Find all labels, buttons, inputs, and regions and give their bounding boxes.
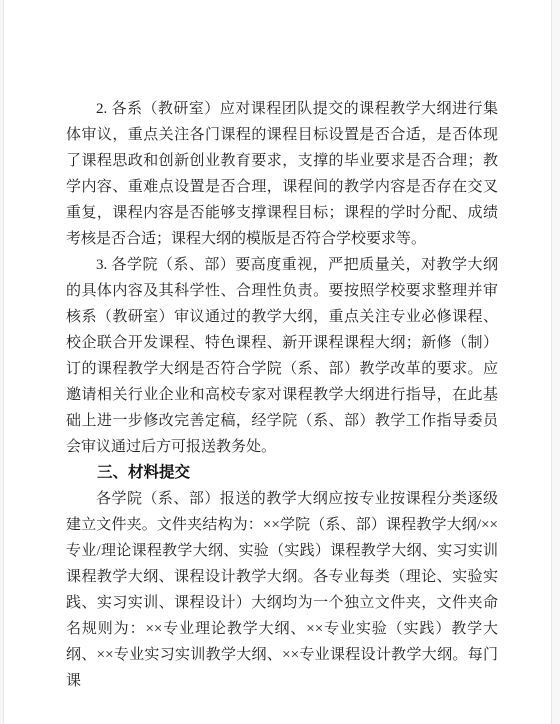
paragraph-material-submission-body: 各学院（系、部）报送的教学大纲应按专业按课程分类逐级建立文件夹。文件夹结构为：×… bbox=[66, 486, 498, 694]
section-heading-material-submission: 三、材料提交 bbox=[66, 460, 498, 486]
paragraph-item-3-quality: 3. 各学院（系、部）要高度重视，严把质量关，对教学大纲的具体内容及其科学性、合… bbox=[66, 252, 498, 460]
document-page: 2. 各系（教研室）应对课程团队提交的课程教学大纲进行集体审议，重点关注各门课程… bbox=[0, 0, 560, 724]
page-left-edge bbox=[0, 0, 4, 724]
document-content: 2. 各系（教研室）应对课程团队提交的课程教学大纲进行集体审议，重点关注各门课程… bbox=[66, 96, 498, 694]
page-right-edge bbox=[551, 0, 560, 724]
paragraph-item-2-review: 2. 各系（教研室）应对课程团队提交的课程教学大纲进行集体审议，重点关注各门课程… bbox=[66, 96, 498, 252]
